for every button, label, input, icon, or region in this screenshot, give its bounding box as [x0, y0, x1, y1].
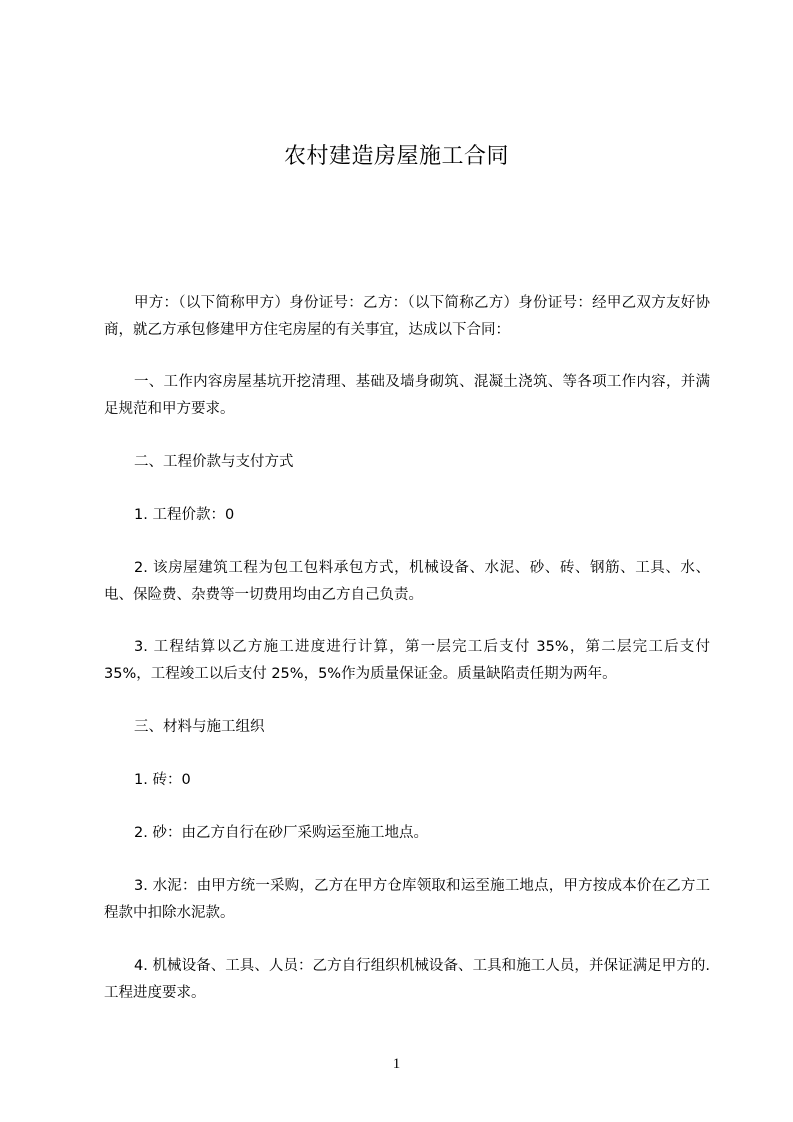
- paragraph-parties: 甲方：（以下简称甲方）身份证号：乙方：（以下简称乙方）身份证号：经甲乙双方友好协…: [104, 290, 710, 344]
- paragraph-section-3-item-2: 2. 砂：由乙方自行在砂厂采购运至施工地点。: [104, 820, 710, 847]
- paragraph-section-2-item-1: 1. 工程价款：0: [104, 502, 710, 529]
- document-title: 农村建造房屋施工合同: [0, 141, 793, 173]
- document-page: 农村建造房屋施工合同 甲方：（以下简称甲方）身份证号：乙方：（以下简称乙方）身份…: [0, 0, 793, 1122]
- paragraph-section-3-item-4: 4. 机械设备、工具、人员：乙方自行组织机械设备、工具和施工人员，并保证满足甲方…: [104, 953, 710, 1007]
- paragraph-section-3-item-1: 1. 砖：0: [104, 767, 710, 794]
- page-number: 1: [0, 1054, 793, 1074]
- paragraph-section-2-item-3: 3. 工程结算以乙方施工进度进行计算，第一层完工后支付 35%，第二层完工后支付…: [104, 634, 710, 688]
- paragraph-section-1: 一、工作内容房屋基坑开挖清理、基础及墙身砌筑、混凝土浇筑、等各项工作内容，并满足…: [104, 369, 710, 423]
- heading-section-3: 三、材料与施工组织: [104, 714, 710, 741]
- paragraph-section-2-item-2: 2. 该房屋建筑工程为包工包料承包方式，机械设备、水泥、砂、砖、钢筋、工具、水、…: [104, 555, 710, 609]
- paragraph-section-3-item-3: 3. 水泥：由甲方统一采购，乙方在甲方仓库领取和运至施工地点，甲方按成本价在乙方…: [104, 873, 710, 927]
- heading-section-2: 二、工程价款与支付方式: [104, 449, 710, 476]
